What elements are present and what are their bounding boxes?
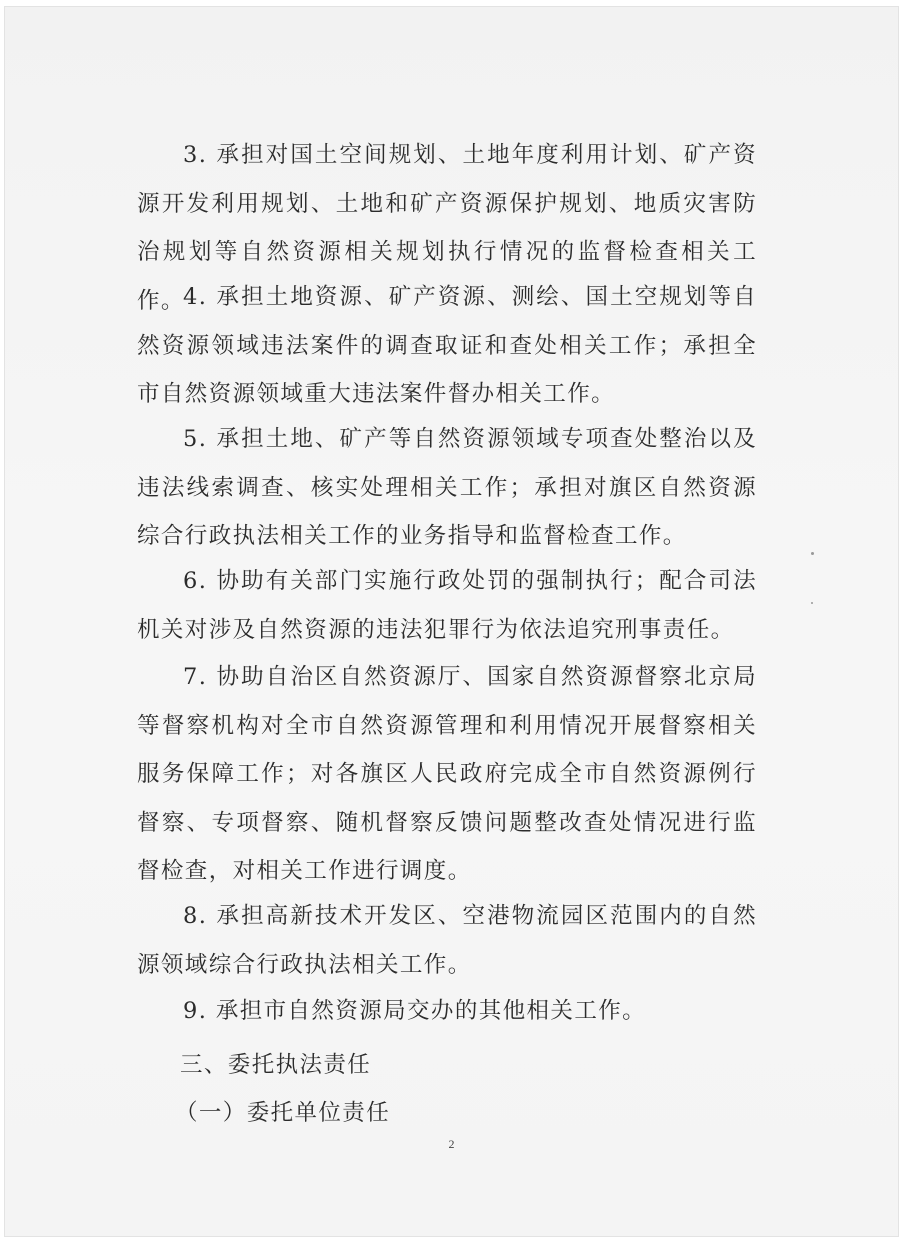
paragraph-item-4: 4. 承担土地资源、矿产资源、测绘、国土空规划等自然资源领域违法案件的调查取证和… [137,273,757,419]
paragraph-item-7: 7. 协助自治区自然资源厅、国家自然资源督察北京局等督察机构对全市自然资源管理和… [137,653,757,896]
paragraph-item-9: 9. 承担市自然资源局交办的其他相关工作。 [137,987,757,1036]
scan-speck [811,602,813,604]
section-heading: 三、委托执法责任 [180,1047,371,1079]
document-page: 3. 承担对国土空间规划、土地年度利用计划、矿产资源开发利用规划、土地和矿产资源… [4,6,899,1237]
paragraph-item-5: 5. 承担土地、矿产等自然资源领域专项查处整治以及违法线索调查、核实处理相关工作… [137,415,757,561]
paragraph-item-8: 8. 承担高新技术开发区、空港物流园区范围内的自然源领域综合行政执法相关工作。 [137,892,757,989]
paragraph-item-6: 6. 协助有关部门实施行政处罚的强制执行；配合司法机关对涉及自然资源的违法犯罪行… [137,557,757,654]
subsection-heading: （一）委托单位责任 [175,1095,390,1127]
scan-speck [811,552,814,555]
page-number: 2 [5,1137,898,1152]
